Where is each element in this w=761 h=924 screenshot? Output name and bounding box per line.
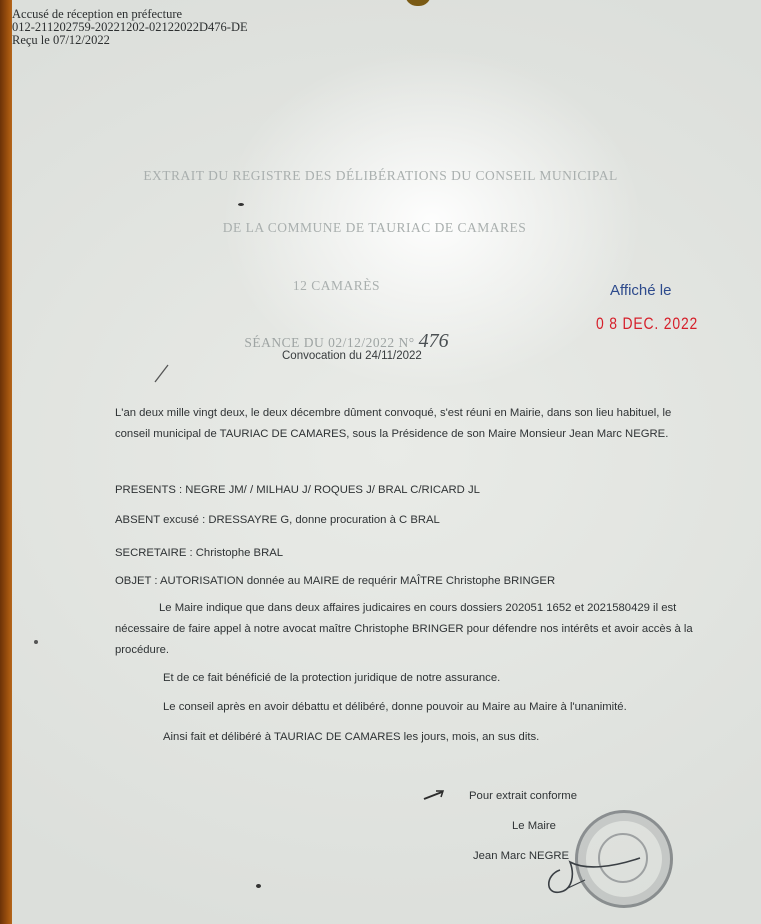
certified-extract-label: Pour extrait conforme	[469, 790, 577, 802]
mayor-statement-text: Le Maire indique que dans deux affaires …	[115, 602, 693, 656]
stray-mark-icon	[152, 362, 172, 384]
council-decision: Le conseil après en avoir débattu et dél…	[163, 697, 753, 718]
absent-line: ABSENT excusé : DRESSAYRE G, donne procu…	[115, 510, 705, 531]
convocation-date: Convocation du 24/11/2022	[282, 350, 422, 362]
header-location: 12 Camarès	[0, 278, 711, 294]
closing-paragraph: Ainsi fait et délibéré à TAURIAC DE CAMA…	[163, 727, 753, 748]
mayor-statement: Le Maire indique que dans deux affaires …	[115, 598, 705, 661]
seance-number: 476	[419, 330, 449, 352]
pin-head	[405, 0, 431, 6]
pen-mark-icon	[422, 788, 446, 802]
secretary-line: SECRETAIRE : Christophe BRAL	[115, 543, 705, 564]
speck	[34, 640, 38, 644]
speck	[238, 203, 244, 206]
posted-stamp-date: 0 8 DEC. 2022	[596, 314, 698, 334]
document-page: Accusé de réception en préfecture 012-21…	[12, 0, 761, 924]
subject-line: OBJET : AUTORISATION donnée au MAIRE de …	[115, 571, 705, 592]
speck	[256, 884, 261, 888]
header-commune: de la commune de Tauriac de Camares	[0, 220, 749, 236]
handwritten-signature-icon	[540, 840, 660, 900]
prefecture-receipt: Accusé de réception en préfecture 012-21…	[12, 8, 248, 47]
insurance-paragraph: Et de ce fait bénéficié de la protection…	[163, 668, 753, 689]
intro-paragraph: L'an deux mille vingt deux, le deux déce…	[115, 403, 705, 445]
posted-stamp-label: Affiché le	[610, 282, 671, 299]
header-title: Extrait du registre des délibérations du…	[6, 168, 755, 184]
signatory-title: Le Maire	[512, 820, 556, 832]
receipt-date: Reçu le 07/12/2022	[12, 34, 248, 47]
presents-line: PRESENTS : NEGRE JM/ / MILHAU J/ ROQUES …	[115, 480, 705, 501]
seance-label: Séance du 02/12/2022 N°	[244, 335, 414, 350]
